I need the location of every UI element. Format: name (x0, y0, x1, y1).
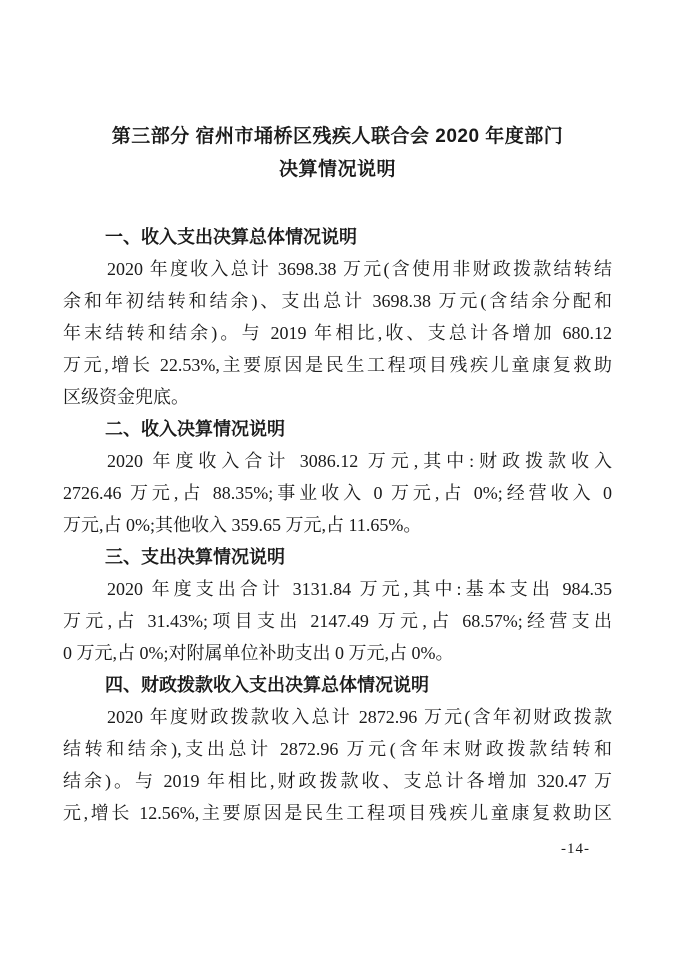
section-heading: 二、收入决算情况说明 (63, 413, 612, 445)
paragraph-line: 年末结转和结余)。与 2019 年相比,收、支总计各增加 680.12 (63, 317, 612, 349)
section-heading: 一、收入支出决算总体情况说明 (63, 221, 612, 253)
document-page: 第三部分 宿州市埇桥区残疾人联合会 2020 年度部门 决算情况说明 一、收入支… (0, 0, 674, 954)
section-income-expenditure-overview: 一、收入支出决算总体情况说明 2020 年度收入总计 3698.38 万元(含使… (63, 221, 612, 413)
page-number: -14- (561, 841, 590, 858)
section-income-statement: 二、收入决算情况说明 2020 年度收入合计 3086.12 万元,其中:财政拨… (63, 413, 612, 541)
section-heading: 三、支出决算情况说明 (63, 541, 612, 573)
title-line-2: 决算情况说明 (63, 153, 612, 186)
paragraph-line: 2020 年度收入合计 3086.12 万元,其中:财政拨款收入 (63, 445, 612, 477)
paragraph-line: 2020 年度收入总计 3698.38 万元(含使用非财政拨款结转结 (63, 253, 612, 285)
section-fiscal-appropriation-overview: 四、财政拨款收入支出决算总体情况说明 2020 年度财政拨款收入总计 2872.… (63, 669, 612, 829)
paragraph-line: 2726.46 万元,占 88.35%;事业收入 0 万元,占 0%;经营收入 … (63, 477, 612, 509)
paragraph-line: 区级资金兜底。 (63, 381, 612, 413)
document-title: 第三部分 宿州市埇桥区残疾人联合会 2020 年度部门 决算情况说明 (63, 120, 612, 186)
paragraph-line: 万元,占 0%;其他收入 359.65 万元,占 11.65%。 (63, 509, 612, 541)
document-body: 一、收入支出决算总体情况说明 2020 年度收入总计 3698.38 万元(含使… (63, 221, 612, 829)
paragraph-line: 0 万元,占 0%;对附属单位补助支出 0 万元,占 0%。 (63, 637, 612, 669)
paragraph-line: 结余)。与 2019 年相比,财政拨款收、支总计各增加 320.47 万 (63, 765, 612, 797)
paragraph-line: 元,增长 12.56%,主要原因是民生工程项目残疾儿童康复救助区 (63, 797, 612, 829)
paragraph-line: 2020 年度财政拨款收入总计 2872.96 万元(含年初财政拨款 (63, 701, 612, 733)
title-line-1: 第三部分 宿州市埇桥区残疾人联合会 2020 年度部门 (63, 120, 612, 153)
paragraph-line: 万元,占 31.43%;项目支出 2147.49 万元,占 68.57%;经营支… (63, 605, 612, 637)
paragraph-line: 2020 年度支出合计 3131.84 万元,其中:基本支出 984.35 (63, 573, 612, 605)
section-expenditure-statement: 三、支出决算情况说明 2020 年度支出合计 3131.84 万元,其中:基本支… (63, 541, 612, 669)
paragraph-line: 万元,增长 22.53%,主要原因是民生工程项目残疾儿童康复救助 (63, 349, 612, 381)
paragraph-line: 结转和结余),支出总计 2872.96 万元(含年末财政拨款结转和 (63, 733, 612, 765)
section-heading: 四、财政拨款收入支出决算总体情况说明 (63, 669, 612, 701)
paragraph-line: 余和年初结转和结余)、支出总计 3698.38 万元(含结余分配和 (63, 285, 612, 317)
